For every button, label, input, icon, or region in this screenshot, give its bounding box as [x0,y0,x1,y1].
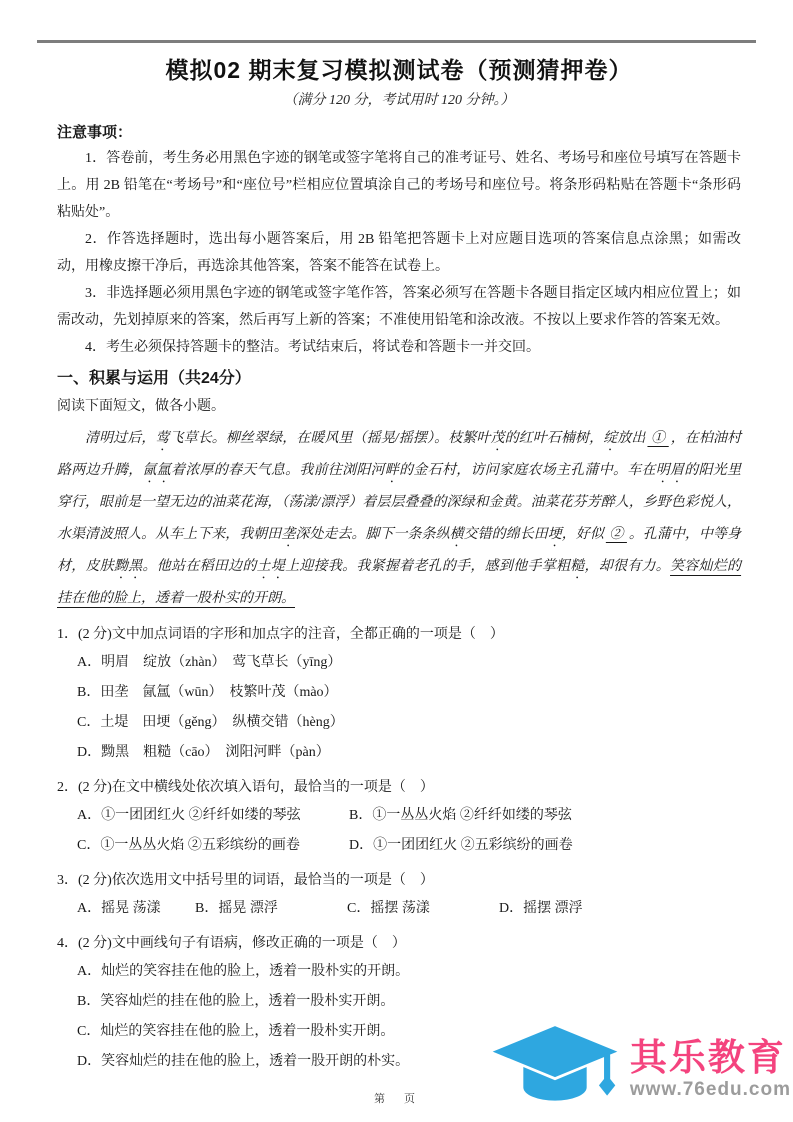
emphasized-word: 绽 [603,431,617,446]
passage-text: 飞草长。柳丝翠绿，在暖风里（摇晃/摇摆）。枝繁叶 [170,431,491,446]
brand-website: www.76edu.com [630,1080,791,1099]
passage-text: 深处走去。脚下一条条纵 [295,527,449,542]
exam-subtitle: （满分 120 分，考试用时 120 分钟。） [57,91,741,111]
emphasized-word: 糙 [570,559,584,574]
passage-text: ，好似 [562,527,604,542]
section-heading: 一、积累与运用（共24分） [57,367,741,391]
notice-item: 1．答卷前，考生务必用黑色字迹的钢笔或签字笔将自己的准考证号、姓名、考场号和座位… [57,145,741,226]
passage-text: 清明过后， [85,431,155,446]
emphasized-word: 畔 [385,463,399,478]
question-stem: 4．(2 分)文中画线句子有语病，修改正确的一项是（ ） [57,930,741,957]
passage-text: 上迎接我。我紧握着老孔的手，感到他手掌粗 [285,559,570,574]
blank-fill: ① [645,431,670,446]
publisher-logo: 其乐教育 www.76edu.com [486,1022,791,1116]
emphasized-word: 土堤 [257,559,286,574]
option: A．摇晃 荡漾 [77,894,195,924]
question-stem: 3．(2 分)依次选用文中括号里的词语，最恰当的一项是（ ） [57,867,741,894]
passage-text: 交错的绵长田 [464,527,548,542]
notice-item: 3．非选择题必须用黑色字迹的钢笔或签字笔作答，答案必须写在答题卡各题目指定区域内… [57,280,741,334]
blank-fill: ② [604,527,629,542]
option: A．灿烂的笑容挂在他的脸上，透着一股朴实的开朗。 [77,957,741,987]
emphasized-word: 横 [450,527,464,542]
option: B．①一丛丛火焰 ②纤纤如缕的琴弦 [349,801,741,831]
emphasized-word: 茂 [490,431,504,446]
emphasized-word: 莺 [155,431,169,446]
emphasized-word: 埂 [548,527,562,542]
passage-text: 放出 [617,431,645,446]
passage-text: ，却很有力。 [584,559,670,574]
emphasized-word: 氤氲 [143,463,172,478]
emphasized-word: 明眉 [656,463,685,478]
option-group: A．明眉 绽放（zhàn） 莺飞草长（yīng）B．田垄 氤氲（wūn） 枝繁叶… [77,648,741,768]
notice-list: 1．答卷前，考生务必用黑色字迹的钢笔或签字笔将自己的准考证号、姓名、考场号和座位… [57,145,741,361]
exam-paper-page: 模拟02 期末复习模拟测试卷（预测猜押卷） （满分 120 分，考试用时 120… [0,0,793,1122]
option: B．笑容灿烂的挂在他的脸上，透着一股朴实开朗。 [77,987,741,1017]
option: B．田垄 氤氲（wūn） 枝繁叶茂（mào） [77,678,741,708]
passage-text: 着浓厚的春天气息。我前往浏阳河 [171,463,385,478]
passage-text: 的金石村，访问家庭农场主孔蒲中。车在 [399,463,656,478]
notice-item: 4．考生必须保持答题卡的整洁。考试结束后，将试卷和答题卡一并交回。 [57,334,741,361]
brand-name: 其乐教育 [630,1039,791,1076]
reading-passage: 清明过后，莺飞草长。柳丝翠绿，在暖风里（摇晃/摇摆）。枝繁叶茂的红叶石楠树，绽放… [57,423,741,615]
notice-item: 2．作答选择题时，选出每小题答案后，用 2B 铅笔把答题卡上对应题目选项的答案信… [57,226,741,280]
question-list: 1．(2 分)文中加点词语的字形和加点字的注音，全都正确的一项是（ ）A．明眉 … [57,621,741,1077]
question-block: 2．(2 分)在文中横线处依次填入语句，最恰当的一项是（ ）A．①一团团红火 ②… [57,774,741,861]
page-content: 模拟02 期末复习模拟测试卷（预测猜押卷） （满分 120 分，考试用时 120… [0,54,793,1077]
option: A．明眉 绽放（zhàn） 莺飞草长（yīng） [77,648,741,678]
option-group: A．摇晃 荡漾B．摇晃 漂浮C．摇摆 荡漾D．摇摆 漂浮 [77,894,741,924]
header-rule [37,40,756,43]
option: B．摇晃 漂浮 [195,894,347,924]
emphasized-word: 垄 [281,527,295,542]
option: C．①一丛丛火焰 ②五彩缤纷的画卷 [77,831,349,861]
option: D．摇摆 漂浮 [499,894,741,924]
option: D．黝黑 粗糙（cāo） 浏阳河畔（pàn） [77,738,741,768]
passage-text: 的红叶石楠树， [505,431,604,446]
option: A．①一团团红火 ②纤纤如缕的琴弦 [77,801,349,831]
option-group: A．①一团团红火 ②纤纤如缕的琴弦B．①一丛丛火焰 ②纤纤如缕的琴弦C．①一丛丛… [77,801,741,861]
page-title: 模拟02 期末复习模拟测试卷（预测猜押卷） [57,54,741,86]
logo-text: 其乐教育 www.76edu.com [630,1039,791,1099]
question-stem: 2．(2 分)在文中横线处依次填入语句，最恰当的一项是（ ） [57,774,741,801]
section-intro: 阅读下面短文，做各小题。 [57,393,741,420]
option: C．摇摆 荡漾 [347,894,499,924]
question-block: 3．(2 分)依次选用文中括号里的词语，最恰当的一项是（ ）A．摇晃 荡漾B．摇… [57,867,741,924]
option: D．①一团团红火 ②五彩缤纷的画卷 [349,831,741,861]
passage-text: 。他站在稻田边的 [143,559,257,574]
graduation-cap-icon [486,1022,624,1116]
notice-label: 注意事项： [57,121,741,145]
question-block: 1．(2 分)文中加点词语的字形和加点字的注音，全都正确的一项是（ ）A．明眉 … [57,621,741,768]
emphasized-word: 黝黑 [114,559,143,574]
question-stem: 1．(2 分)文中加点词语的字形和加点字的注音，全都正确的一项是（ ） [57,621,741,648]
option: C．土堤 田埂（gěng） 纵横交错（hèng） [77,708,741,738]
